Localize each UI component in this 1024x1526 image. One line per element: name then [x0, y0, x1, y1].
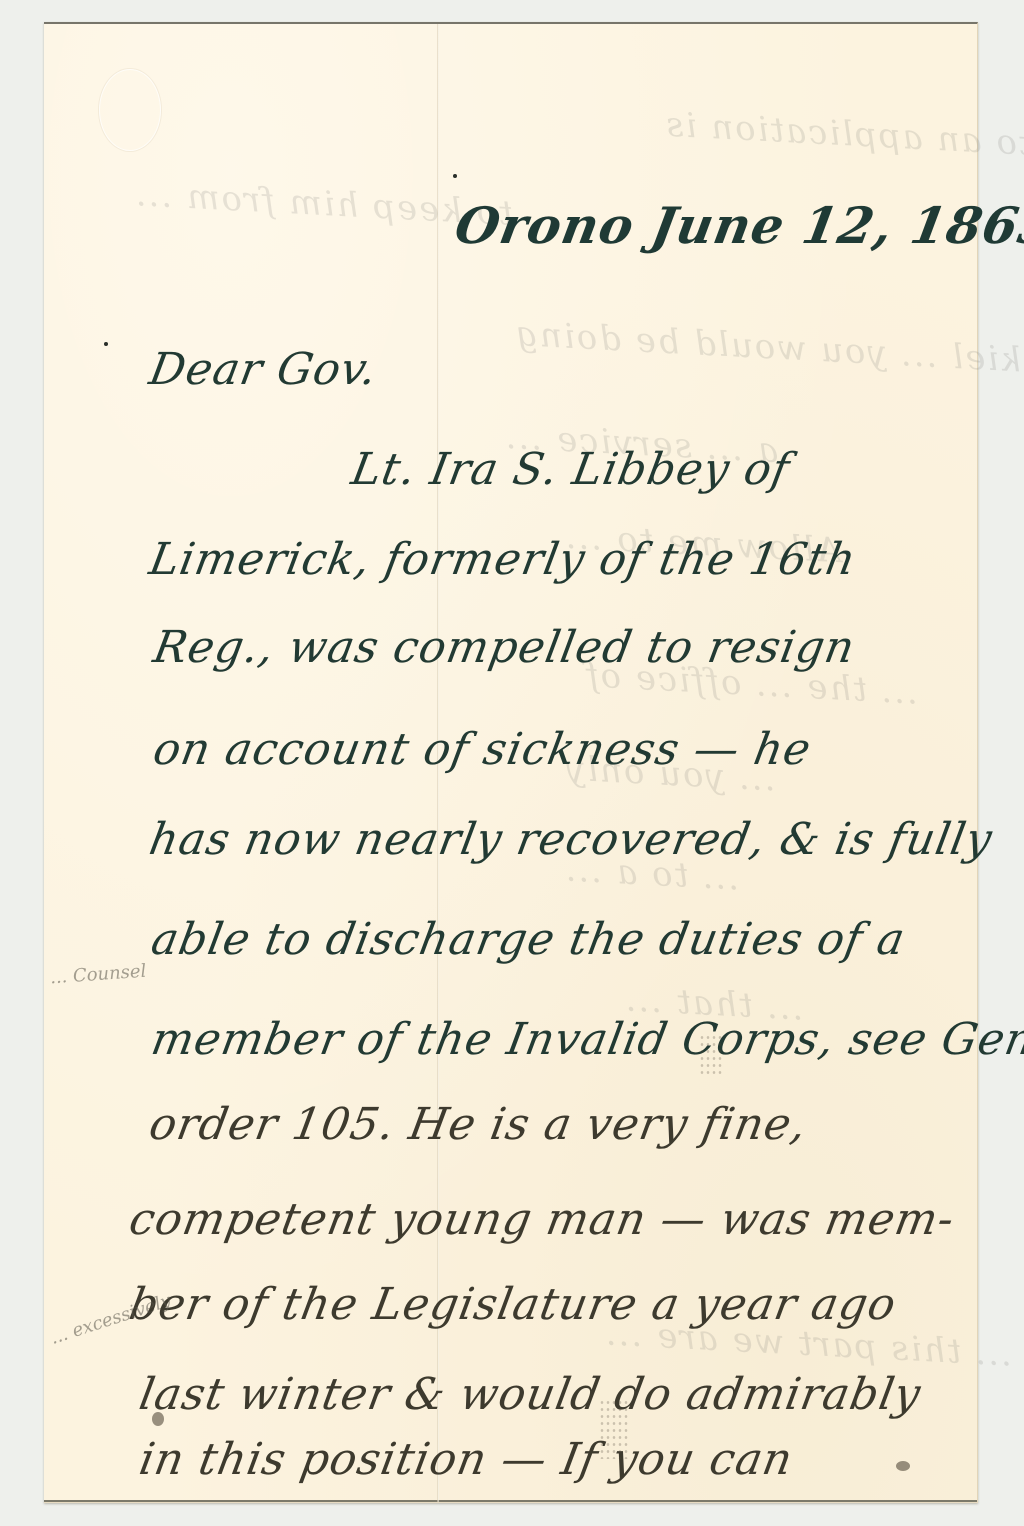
- letter-body-line: competent young man — was mem-: [126, 1194, 959, 1245]
- letter-body-line: has now nearly recovered, & is fully: [146, 814, 997, 865]
- letter-body-line: last winter & would do admirably: [136, 1369, 925, 1420]
- letter-salutation: Dear Gov.: [146, 344, 382, 395]
- embossed-stationery-seal: [99, 69, 161, 151]
- letter-body-line: ber of the Legislature a year ago: [126, 1279, 901, 1330]
- letter-body-line: on account of sickness — he: [150, 724, 816, 775]
- ink-blot: [152, 1412, 164, 1426]
- bleed-through-line: help him to an application is: [663, 105, 1024, 174]
- letter-body-line: member of the Invalid Corps, see Genl: [148, 1014, 1024, 1065]
- ink-blot: [896, 1461, 910, 1471]
- letter-body-line: in this position — If you can: [136, 1434, 797, 1485]
- letter-body-line: able to discharge the duties of a: [148, 914, 910, 965]
- letter-body-line: Limerick, formerly of the 16th: [146, 534, 861, 585]
- letter-page: help him to an application is to keep hi…: [44, 22, 978, 1503]
- ink-specks: [699, 1034, 723, 1074]
- letter-dateline: Orono June 12, 1863: [451, 196, 1024, 255]
- margin-note: ... Counsel: [49, 961, 147, 989]
- ink-mark: [104, 342, 108, 346]
- letter-body-line: Reg., was compelled to resign: [150, 622, 860, 673]
- bleed-through-line: Ezekiel ... you would be doing: [513, 314, 1024, 384]
- letter-body-line: order 105. He is a very fine,: [146, 1099, 811, 1150]
- ink-specks: [599, 1399, 629, 1459]
- letter-body-line: Lt. Ira S. Libbey of: [348, 444, 794, 495]
- ink-mark: [453, 174, 457, 178]
